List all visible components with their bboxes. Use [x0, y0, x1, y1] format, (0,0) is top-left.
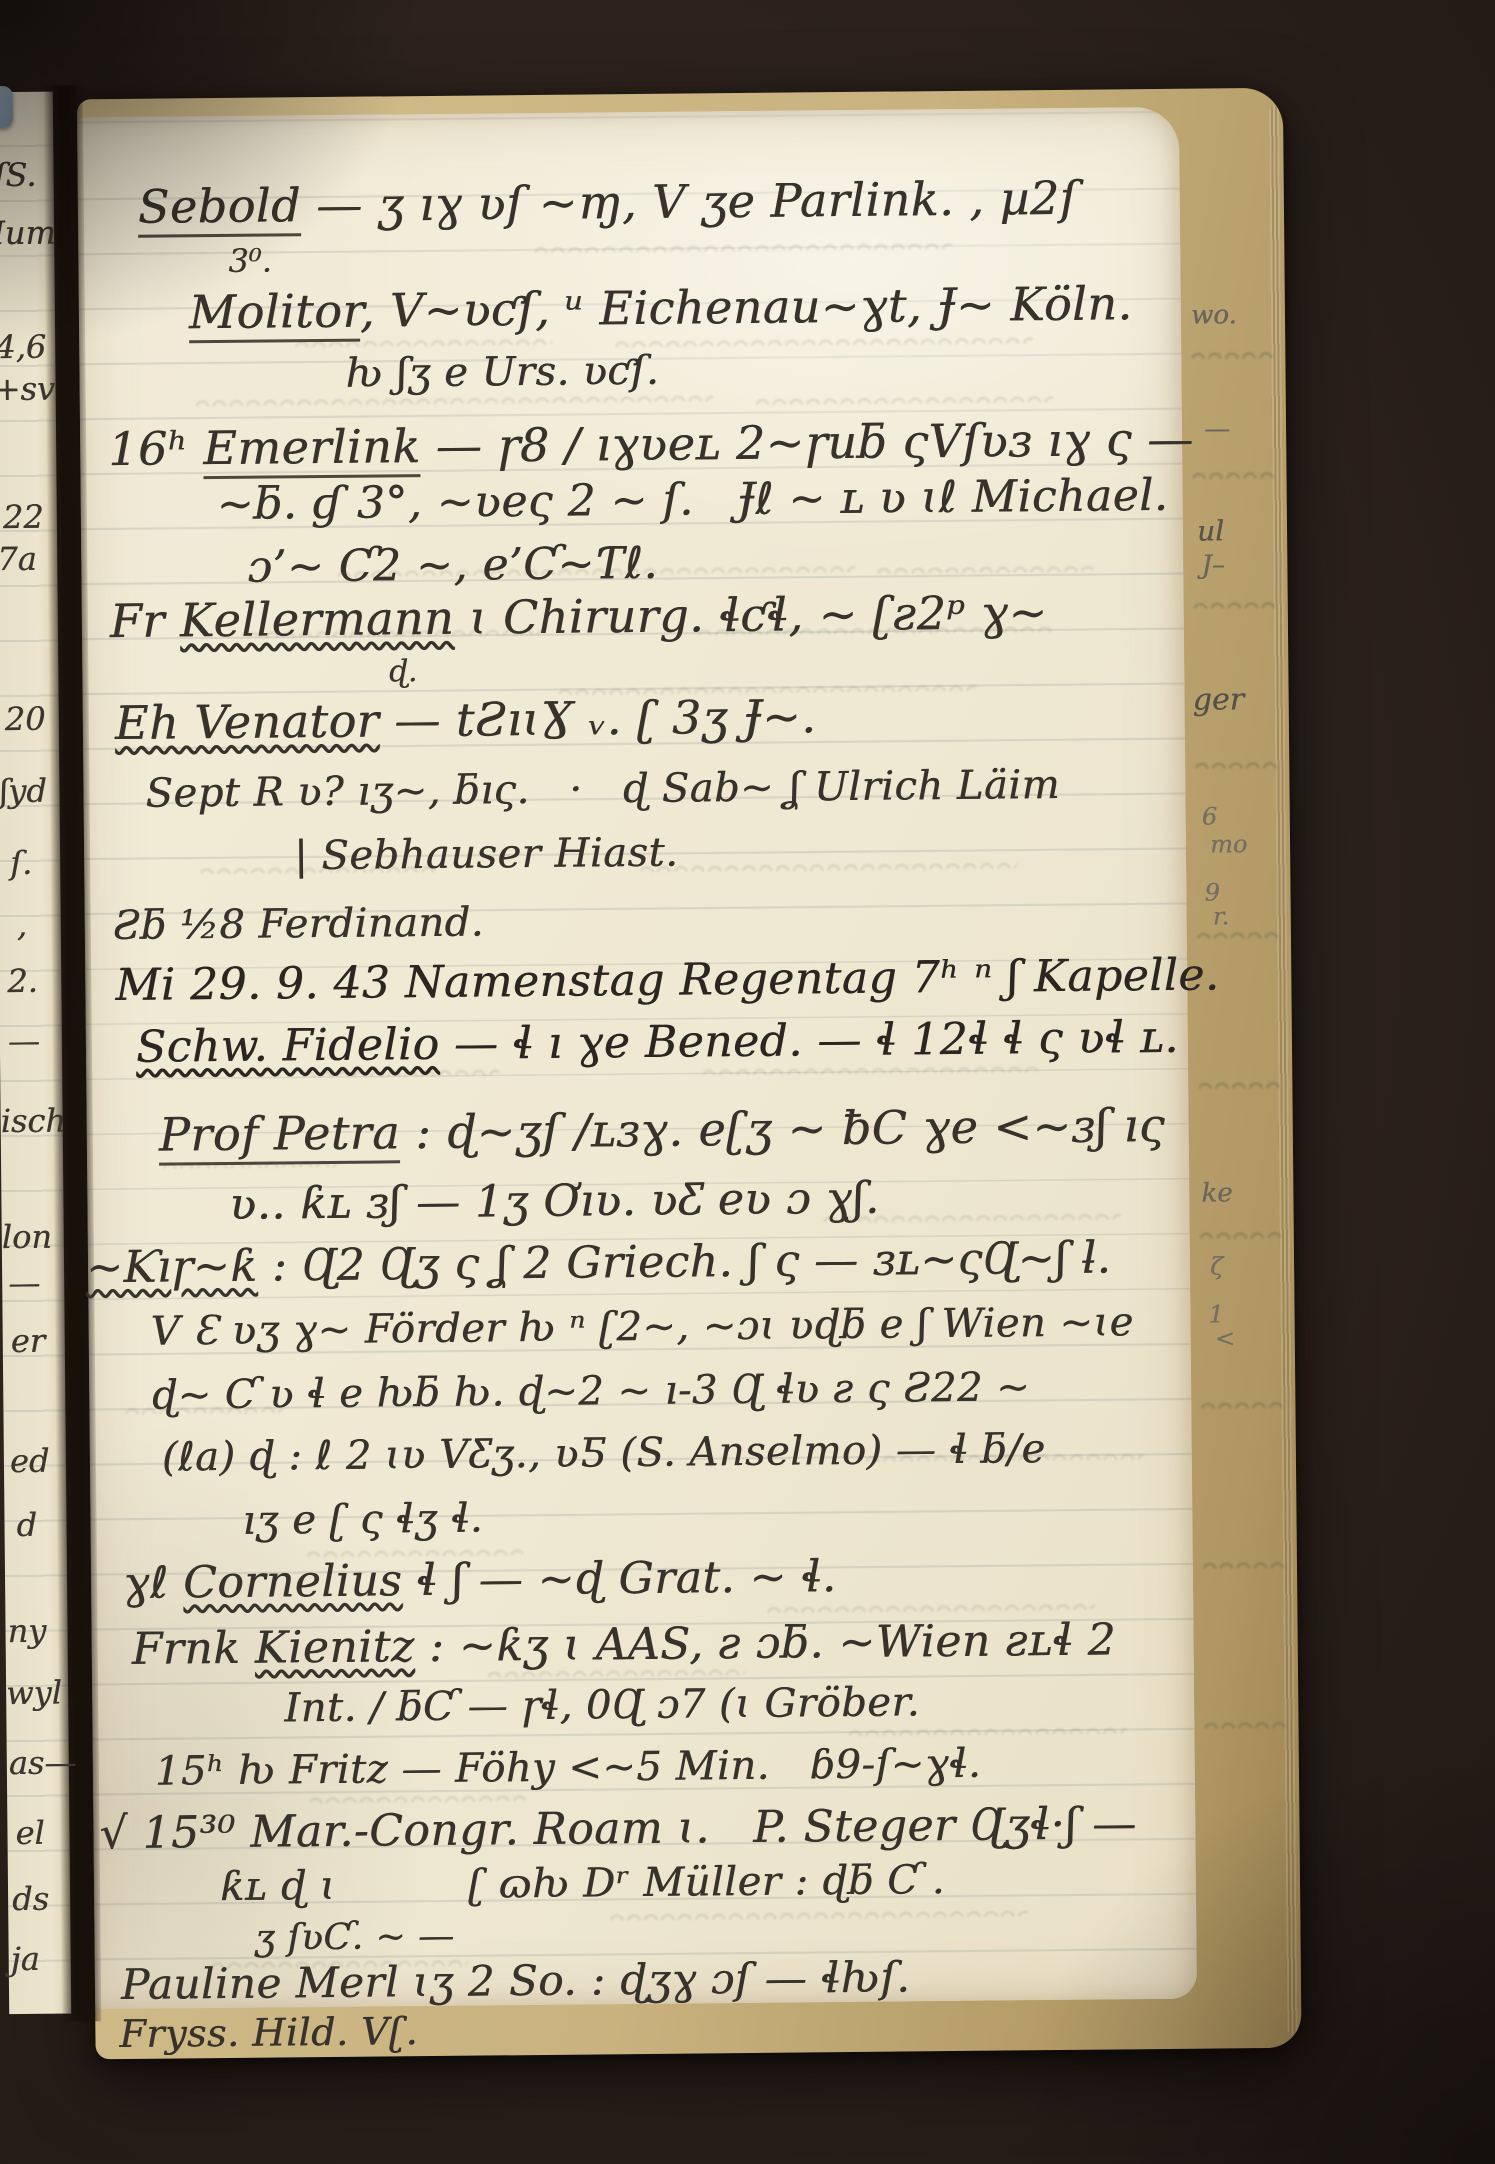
photographed-notebook-scene: Sebold — ʒ ıɣ ʋſ ~ɱ, V ʒe Parlink. , µ2ſ… [0, 0, 1495, 2164]
page-rotation-group: Sebold — ʒ ıɣ ʋſ ~ɱ, V ʒe Parlink. , µ2ſ… [0, 0, 1495, 2164]
under-page-text-fragments: wo.—ulJ–ger6mo9r.keζ1< [0, 0, 1495, 2164]
under-page-fragment: < [1215, 1324, 1235, 1352]
under-page-fragment: wo. [1191, 300, 1237, 330]
under-page-fragment: r. [1213, 902, 1230, 930]
under-page-fragment: ul [1197, 514, 1224, 547]
under-page-fragment: ger [1192, 682, 1244, 717]
under-page-fragment: ke [1201, 1178, 1232, 1208]
under-page-fragment: mo [1210, 830, 1247, 858]
under-page-fragment: — [1204, 414, 1230, 444]
under-page-fragment: J– [1201, 550, 1225, 580]
under-page-fragment: 6 [1202, 802, 1218, 830]
under-page-fragment: ζ [1210, 1252, 1223, 1280]
